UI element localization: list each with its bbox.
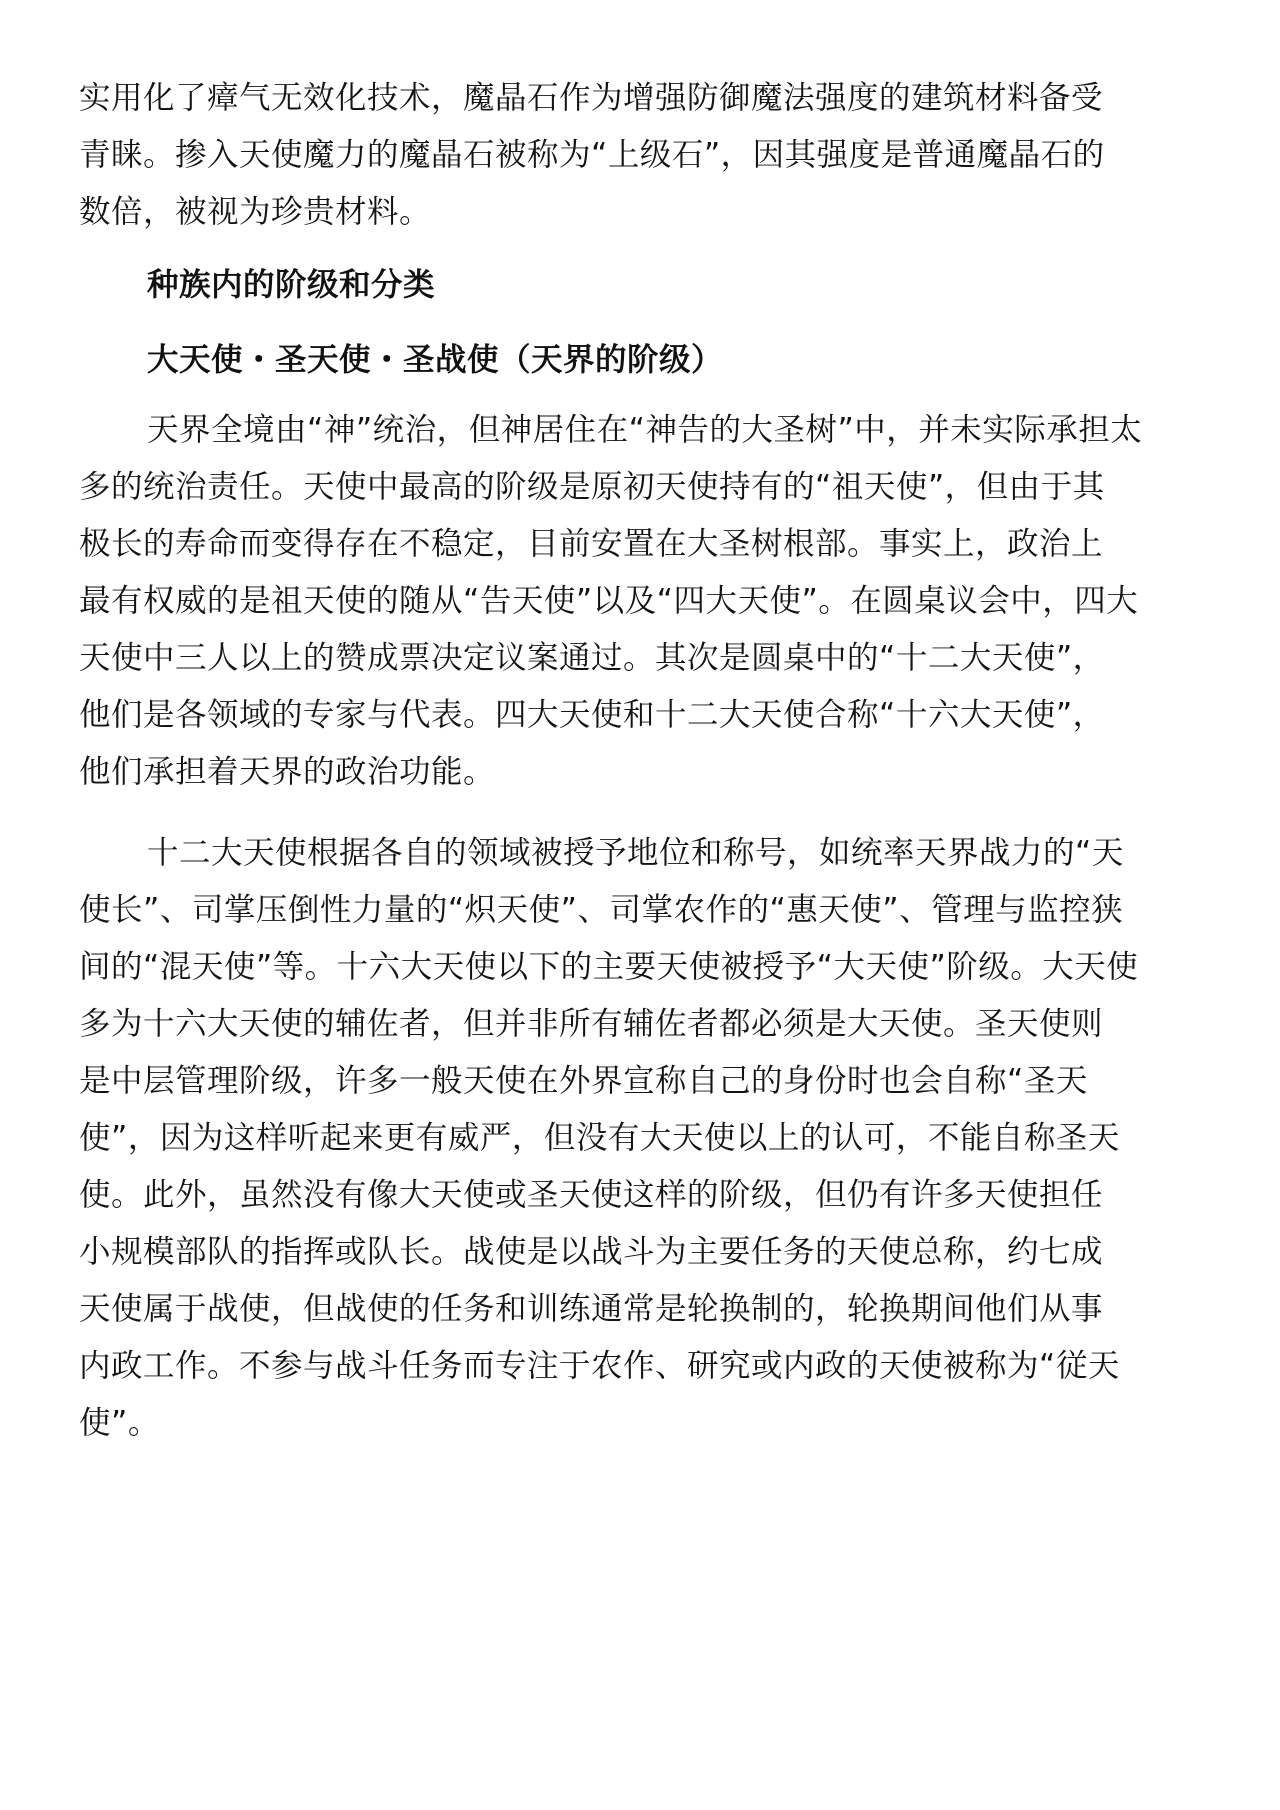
text-line: 使长”、司掌压倒性力量的“炽天使”、司掌农作的“惠天使”、管理与监控狭 <box>79 890 1123 930</box>
text-line: 天使中三人以上的赞成票决定议案通过。其次是圆桌中的“十二大天使”， <box>79 638 1105 678</box>
text-line: 十二大天使根据各自的领域被授予地位和称号，如统率天界战力的“天 <box>147 833 1124 873</box>
text-line: 他们承担着天界的政治功能。 <box>79 752 495 792</box>
text-line: 极长的寿命而变得存在不稳定，目前安置在大圣树根部。事实上，政治上 <box>79 524 1103 564</box>
text-line: 是中层管理阶级，许多一般天使在外界宣称自己的身份时也会自称“圣天 <box>79 1061 1088 1101</box>
subsection-heading: 大天使・圣天使・圣战使（天界的阶级） <box>147 340 723 380</box>
text-line: 青睐。掺入天使魔力的魔晶石被称为“上级石”，因其强度是普通魔晶石的 <box>79 135 1105 175</box>
text-line: 数倍，被视为珍贵材料。 <box>79 192 431 232</box>
text-line: 多的统治责任。天使中最高的阶级是原初天使持有的“祖天使”，但由于其 <box>79 467 1105 507</box>
text-line: 多为十六大天使的辅佐者，但并非所有辅佐者都必须是大天使。圣天使则 <box>79 1004 1103 1044</box>
text-line: 天界全境由“神”统治，但神居住在“神告的大圣树”中，并未实际承担太 <box>147 410 1142 450</box>
text-line: 小规模部队的指挥或队长。战使是以战斗为主要任务的天使总称，约七成 <box>79 1232 1103 1272</box>
text-line: 他们是各领域的专家与代表。四大天使和十二大天使合称“十六大天使”， <box>79 695 1105 735</box>
text-line: 使”，因为这样听起来更有威严，但没有大天使以上的认可，不能自称圣天 <box>79 1118 1120 1158</box>
text-line: 内政工作。不参与战斗任务而专注于农作、研究或内政的天使被称为“従天 <box>79 1346 1120 1386</box>
text-line: 使”。 <box>79 1403 160 1443</box>
text-line: 实用化了瘴气无效化技术，魔晶石作为增强防御魔法强度的建筑材料备受 <box>79 78 1103 118</box>
document-page: 实用化了瘴气无效化技术，魔晶石作为增强防御魔法强度的建筑材料备受 青睐。掺入天使… <box>0 0 1280 1810</box>
text-line: 最有权威的是祖天使的随从“告天使”以及“四大天使”。在圆桌议会中，四大 <box>79 581 1138 621</box>
section-heading: 种族内的阶级和分类 <box>147 265 435 305</box>
text-line: 间的“混天使”等。十六大天使以下的主要天使被授予“大天使”阶级。大天使 <box>79 947 1138 987</box>
text-line: 使。此外，虽然没有像大天使或圣天使这样的阶级，但仍有许多天使担任 <box>79 1175 1103 1215</box>
text-line: 天使属于战使，但战使的任务和训练通常是轮换制的，轮换期间他们从事 <box>79 1289 1103 1329</box>
